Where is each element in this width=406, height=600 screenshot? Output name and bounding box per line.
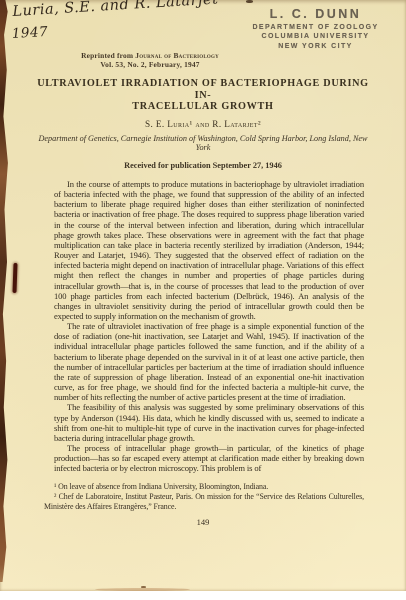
article-title: ULTRAVIOLET IRRADIATION OF BACTERIOPHAGE… [0,78,406,113]
ownership-stamp: L. C. DUNN DEPARTMENT OF ZOOLOGY COLUMBI… [233,7,398,50]
article-title-line2: TRACELLULAR GROWTH [30,101,376,113]
stamp-city: NEW YORK CITY [233,43,398,50]
reprint-notice: Reprinted from Journal of Bacteriology V… [52,51,248,69]
article-title-line1: ULTRAVIOLET IRRADIATION OF BACTERIOPHAGE… [30,78,376,101]
footnotes: ¹ On leave of absence from Indiana Unive… [0,474,406,512]
reprint-volume-line: Vol. 53, No. 2, February, 1947 [52,60,248,69]
paragraph-4: The process of intracellular phage growt… [54,443,364,473]
paper-page: Luria, S.E. and R. Latarjet 1947 L. C. D… [0,0,406,591]
footnote-1: ¹ On leave of absence from Indiana Unive… [44,482,364,492]
paragraph-1: In the course of attempts to produce mut… [54,179,364,321]
handwritten-annotation: Luria, S.E. and R. Latarjet 1947 [12,0,220,42]
received-date-line: Received for publication September 27, 1… [0,161,406,170]
stamp-department: DEPARTMENT OF ZOOLOGY [233,24,398,31]
bottom-edge-smudge [95,588,190,591]
author-affiliation: Department of Genetics, Carnegie Institu… [38,134,368,153]
journal-name: Journal of Bacteriology [135,51,219,60]
reprint-source-line: Reprinted from Journal of Bacteriology [52,51,248,60]
footnote-2: ² Chef de Laboratoire, Institut Pasteur,… [44,492,364,512]
paragraph-2: The rate of ultraviolet inactivation of … [54,321,364,402]
stamp-university: COLUMBIA UNIVERSITY [233,33,398,40]
article: ULTRAVIOLET IRRADIATION OF BACTERIOPHAGE… [0,78,406,527]
author-byline: S. E. Luria¹ and R. Latarjet² [0,119,406,129]
scanned-reprint-page: { "annotations": { "handwriting_line1": … [0,0,406,600]
ink-speck-top [246,0,253,3]
article-body: In the course of attempts to produce mut… [0,170,406,474]
paragraph-3: The feasibility of this analysis was sug… [54,402,364,443]
ink-speck-bottom [141,586,146,588]
page-number: 149 [0,517,406,527]
reprint-prefix: Reprinted from [81,51,135,60]
stamp-owner-name: L. C. DUNN [233,7,398,21]
